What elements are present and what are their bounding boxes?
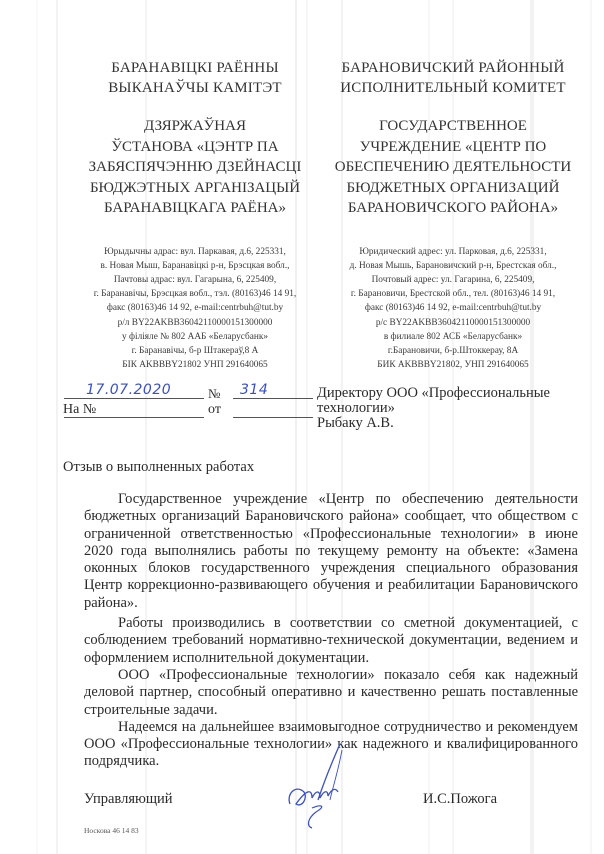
- committee-line: БАРАНОВИЧСКИЙ РАЙОННЫЙ: [322, 58, 584, 78]
- committee-name-ru: БАРАНОВИЧСКИЙ РАЙОННЫЙ ИСПОЛНИТЕЛЬНЫЙ КО…: [322, 58, 584, 98]
- addressee-line: Директору ООО «Профессиональные: [317, 386, 597, 401]
- handwritten-date: 17.07.2020: [86, 382, 171, 398]
- requisite-line: в филиале 802 АСБ «Беларусбанк»: [322, 330, 584, 344]
- number-underline: [233, 398, 313, 399]
- committee-line: ВЫКАНАЎЧЫ КАМІТЭТ: [70, 78, 320, 98]
- reply-to-label: На №: [63, 402, 96, 418]
- committee-name-by: БАРАНАВІЦКІ РАЁННЫ ВЫКАНАЎЧЫ КАМІТЭТ: [70, 58, 320, 98]
- body-paragraph: ООО «Профессиональные технологии» показа…: [84, 667, 578, 719]
- org-line: ЗАБЯСПЯЧЭННЮ ДЗЕЙНАСЦІ: [70, 157, 320, 178]
- org-line: ОБЕСПЕЧЕНИЮ ДЕЯТЕЛЬНОСТИ: [322, 157, 584, 178]
- requisite-line: р/л BY22AKBB36042110000151300000: [70, 316, 320, 330]
- body-paragraph: Государственное учреждение «Центр по обе…: [84, 491, 578, 612]
- org-line: ЎСТАНОВА «ЦЭНТР ПА: [70, 137, 320, 158]
- signatory-name: И.С.Пожога: [423, 791, 497, 808]
- requisite-line: Юрыдычны адрас: вул. Паркавая, д.6, 2253…: [70, 245, 320, 259]
- org-line: БАРАНАВІЦКАГА РАЁНА»: [70, 198, 320, 219]
- requisite-line: у філіяле № 802 ААБ «Беларусбанк»: [70, 330, 320, 344]
- requisite-line: д. Новая Мышь, Барановичский р-н, Брестс…: [322, 259, 584, 273]
- requisite-line: р/с BY22AKBB36042110000151300000: [322, 316, 584, 330]
- requisite-line: факс (80163)46 14 92, e-mail:centrbuh@tu…: [322, 301, 584, 315]
- org-line: УЧРЕЖДЕНИЕ «ЦЕНТР ПО: [322, 137, 584, 158]
- org-line: БАРАНОВИЧСКОГО РАЙОНА»: [322, 198, 584, 219]
- reply-number-underline: [64, 417, 204, 418]
- body-paragraph: Работы производились в соответствии со с…: [84, 615, 578, 667]
- org-line: ДЗЯРЖАЎНАЯ: [70, 116, 320, 137]
- org-line: ГОСУДАРСТВЕННОЕ: [322, 116, 584, 137]
- from-label: от: [208, 402, 221, 418]
- addressee-line: технологии»: [317, 401, 597, 416]
- requisite-line: БИК AKBBBY21802, УНП 291640065: [322, 358, 584, 372]
- from-date-underline: [233, 417, 313, 418]
- organization-name-ru: ГОСУДАРСТВЕННОЕ УЧРЕЖДЕНИЕ «ЦЕНТР ПО ОБЕ…: [322, 116, 584, 219]
- subject-line: Отзыв о выполненных работах: [63, 459, 254, 476]
- requisite-line: Почтовый адрес: ул. Гагарина, 6, 225409,: [322, 273, 584, 287]
- letterhead-right: БАРАНОВИЧСКИЙ РАЙОННЫЙ ИСПОЛНИТЕЛЬНЫЙ КО…: [322, 58, 584, 372]
- requisite-line: г. Баранавічы, б-р Штакераў,8 А: [70, 344, 320, 358]
- letter-body: Государственное учреждение «Центр по обе…: [84, 491, 578, 771]
- requisite-line: БІК AKBBBY21802 УНП 291640065: [70, 358, 320, 372]
- requisite-line: Юридический адрес: ул. Парковая, д.6, 22…: [322, 245, 584, 259]
- requisite-line: Пачтовы адрас: вул. Гагарына, 6, 225409,: [70, 273, 320, 287]
- committee-line: БАРАНАВІЦКІ РАЁННЫ: [70, 58, 320, 78]
- number-label: №: [208, 386, 220, 402]
- handwritten-number: 314: [240, 382, 268, 398]
- performer-contact: Носкова 46 14 83: [84, 826, 139, 835]
- requisites-by: Юрыдычны адрас: вул. Паркавая, д.6, 2253…: [70, 245, 320, 373]
- date-underline: [64, 398, 204, 399]
- org-line: БЮДЖЕТНЫХ ОРГАНИЗАЦИЙ: [322, 178, 584, 199]
- requisite-line: в. Новая Мыш, Баранавіцкі р-н, Брэсцкая …: [70, 259, 320, 273]
- handwritten-signature-icon: [282, 742, 372, 832]
- organization-name-by: ДЗЯРЖАЎНАЯ ЎСТАНОВА «ЦЭНТР ПА ЗАБЯСПЯЧЭН…: [70, 116, 320, 219]
- requisite-line: факс (80163)46 14 92, e-mail:centrbuh@tu…: [70, 301, 320, 315]
- addressee: Директору ООО «Профессиональные технолог…: [317, 386, 597, 431]
- requisite-line: г.Барановичи, б-р.Штоккерау, 8А: [322, 344, 584, 358]
- requisites-ru: Юридический адрес: ул. Парковая, д.6, 22…: [322, 245, 584, 373]
- committee-line: ИСПОЛНИТЕЛЬНЫЙ КОМИТЕТ: [322, 78, 584, 98]
- letterhead-left: БАРАНАВІЦКІ РАЁННЫ ВЫКАНАЎЧЫ КАМІТЭТ ДЗЯ…: [70, 58, 320, 372]
- addressee-line: Рыбаку А.В.: [317, 416, 597, 431]
- signatory-position: Управляющий: [84, 791, 173, 808]
- requisite-line: г. Баранавічы, Брэсцкая вобл., тэл. (801…: [70, 287, 320, 301]
- org-line: БЮДЖЭТНЫХ АРГАНІЗАЦЫЙ: [70, 178, 320, 199]
- requisite-line: г. Барановичи, Брестской обл., тел. (801…: [322, 287, 584, 301]
